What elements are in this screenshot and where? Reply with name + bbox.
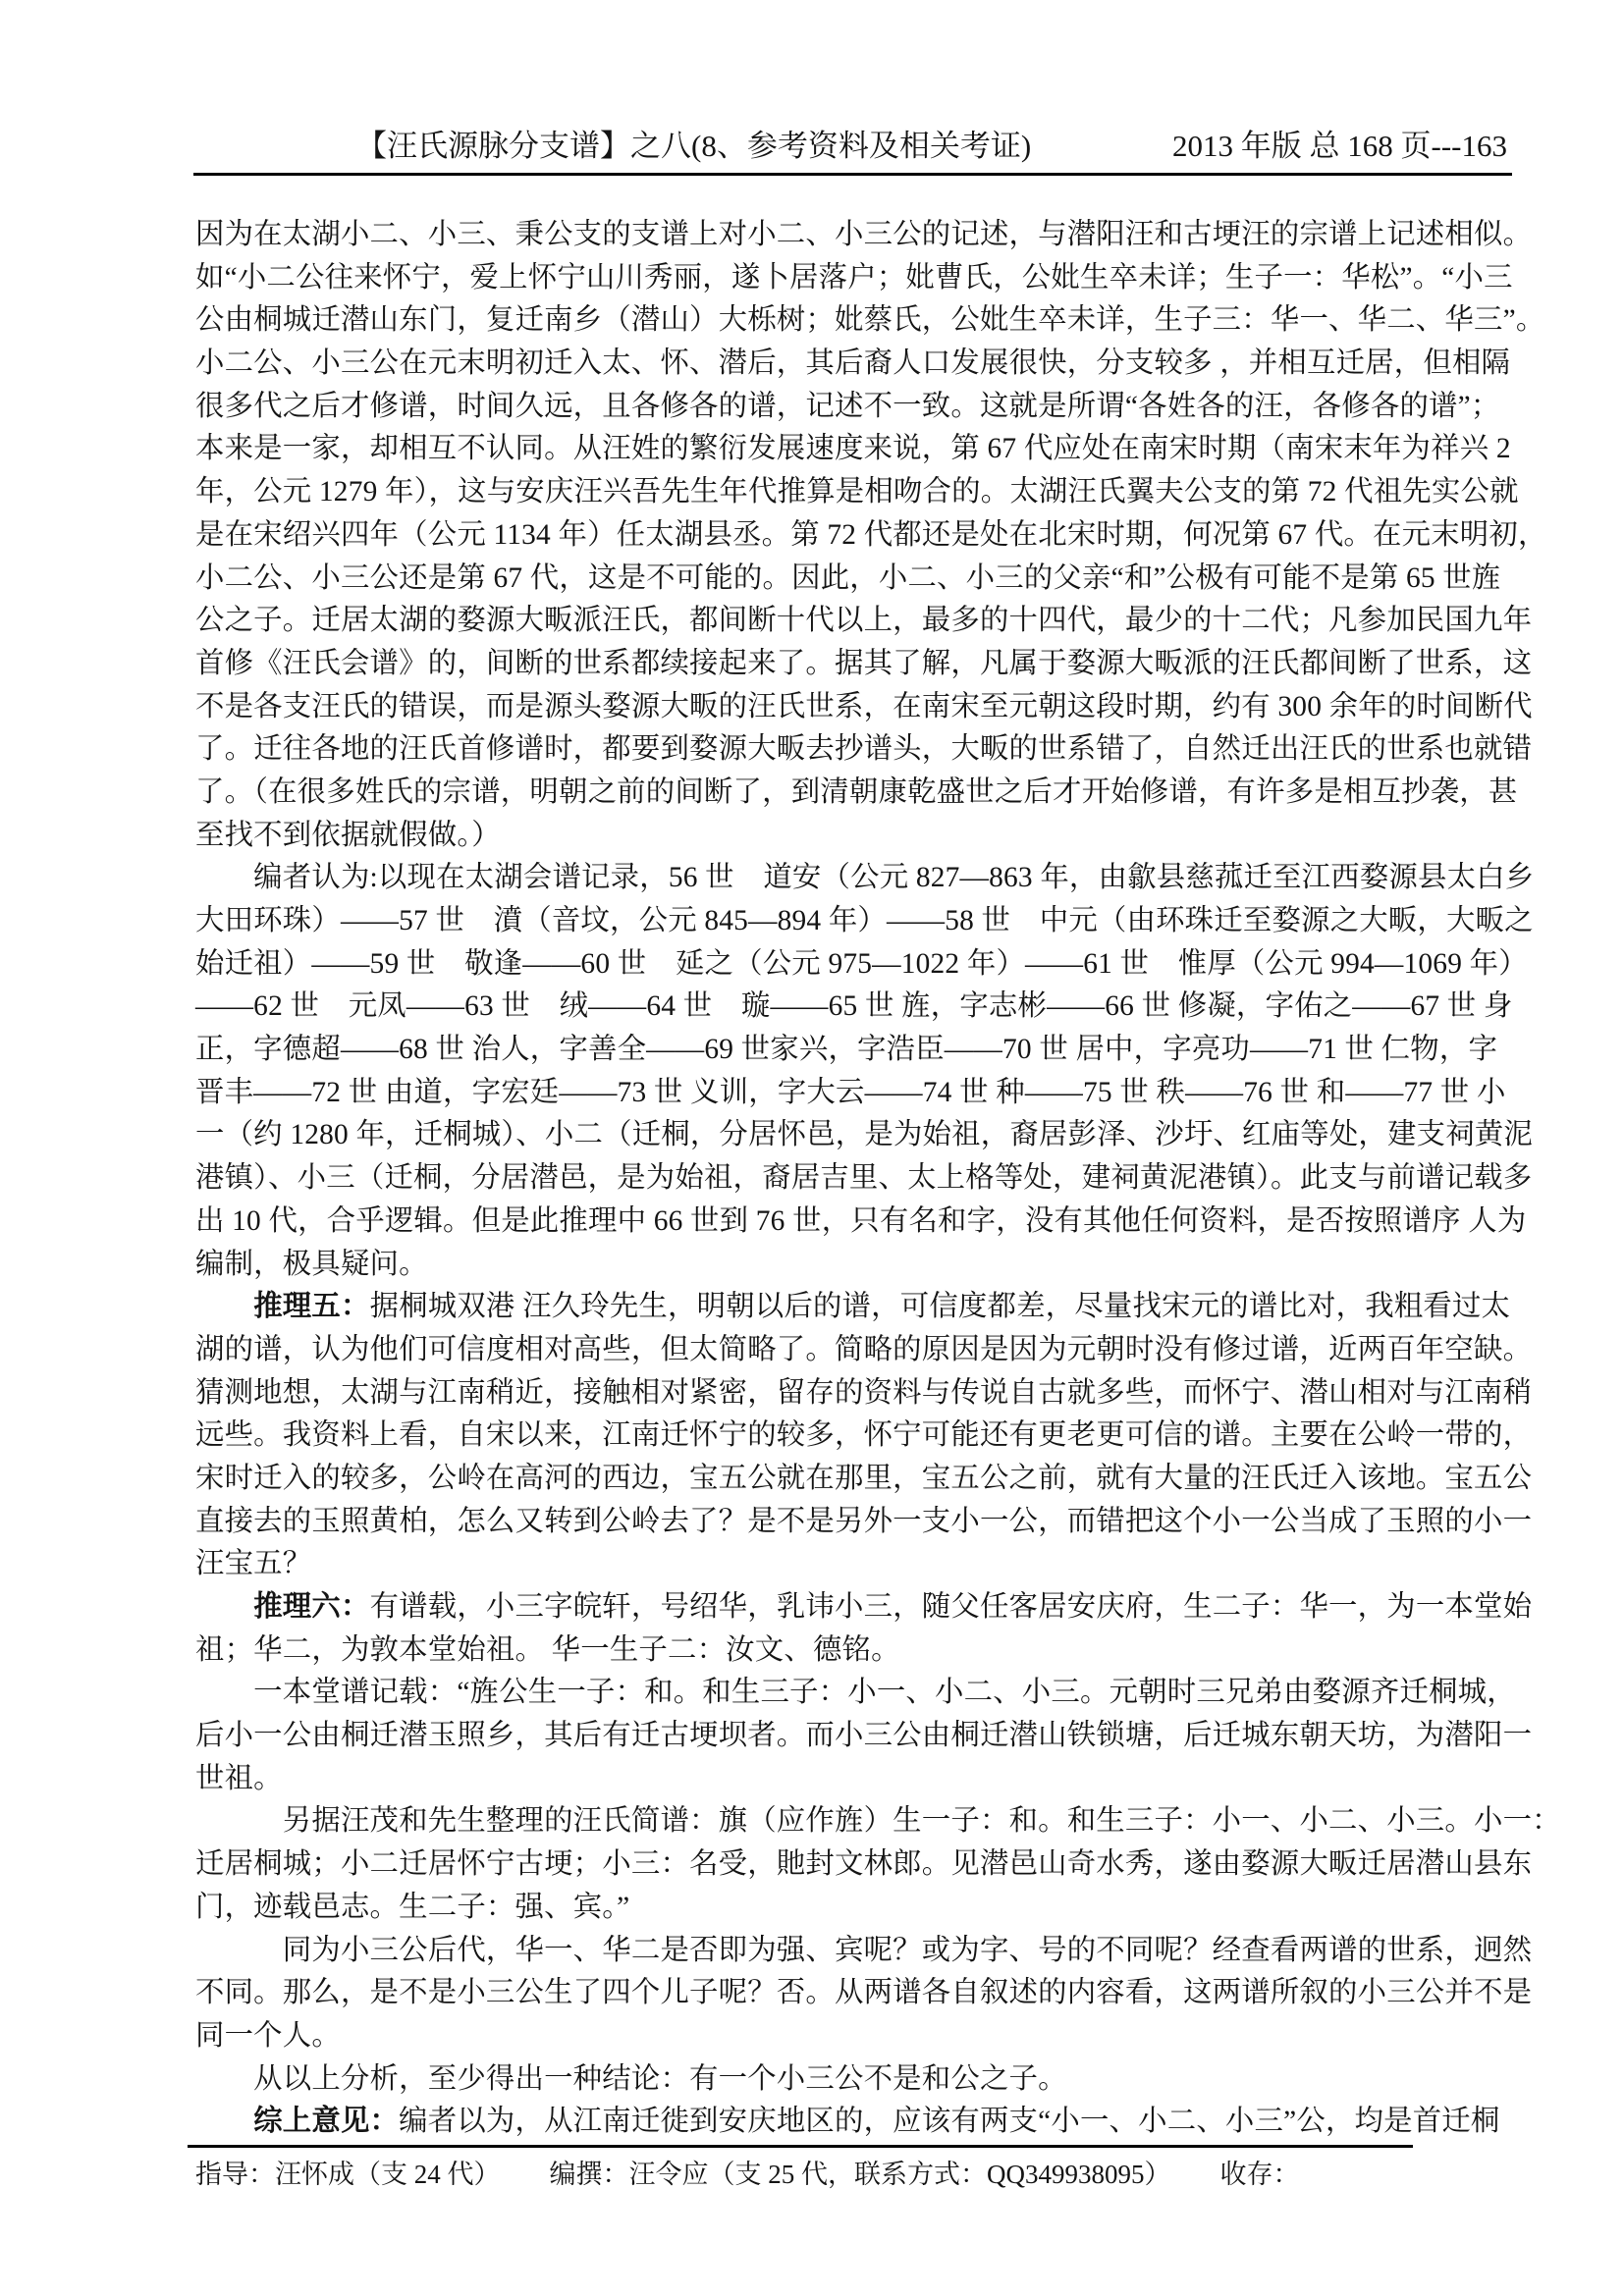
text-line: ——62 世 元凤——63 世 绒——64 世 璇——65 世 旌，字志彬——6… — [195, 986, 1560, 1029]
text-line: 晋丰——72 世 由道，字宏廷——73 世 义训，字大云——74 世 种——75… — [195, 1072, 1560, 1115]
text-line: 远些。我资料上看，自宋以来，江南迁怀宁的较多，怀宁可能还有更老更可信的谱。主要在… — [195, 1415, 1560, 1458]
text-line: 不是各支汪氏的错误，而是源头婺源大畈的汪氏世系，在南宋至元朝这段时期，约有 30… — [195, 686, 1560, 729]
text-line: 后小一公由桐迁潜玉照乡，其后有迁古埂坝者。而小三公由桐迁潜山铁锁塘，后迁城东朝天… — [195, 1715, 1560, 1758]
text-line: 宋时迁入的较多，公岭在高河的西边，宝五公就在那里，宝五公之前，就有大量的汪氏迁入… — [195, 1458, 1560, 1501]
text-line: 公之子。迁居太湖的婺源大畈派汪氏，都间断十代以上，最多的十四代，最少的十二代；凡… — [195, 600, 1560, 643]
text-line: 编者认为:以现在太湖会谱记录，56 世 道安（公元 827—863 年，由歙县慈… — [195, 857, 1560, 900]
text-line: 另据汪茂和先生整理的汪氏简谱：旗（应作旌）生一子：和。和生三子：小一、小二、小三… — [195, 1800, 1560, 1843]
text-line: 小二公、小三公在元末明初迁入太、怀、潜后，其后裔人口发展很快，分支较多 ，并相互… — [195, 343, 1560, 386]
text-line-bold-lead: 推理六： — [253, 1591, 369, 1623]
body-text: 因为在太湖小二、小三、秉公支的支谱上对小二、小三公的记述，与潜阳汪和古埂汪的宗谱… — [195, 214, 1560, 2144]
text-line: 猜测地想，太湖与江南稍近，接触相对紧密，留存的资料与传说自古就多些，而怀宁、潜山… — [195, 1372, 1560, 1415]
footer-divider-rule — [188, 2145, 1413, 2148]
text-line: 大田环珠）——57 世 濆（音坟，公元 845—894 年）——58 世 中元（… — [195, 900, 1560, 943]
text-line-bold-lead: 推理五： — [253, 1291, 369, 1322]
text-line: 了。（在很多姓氏的宗谱，明朝之前的间断了，到清朝康乾盛世之后才开始修谱，有许多是… — [195, 772, 1560, 815]
text-line: 不同。那么，是不是小三公生了四个儿子呢？否。从两谱各自叙述的内容看，这两谱所叙的… — [195, 1972, 1560, 2015]
text-line: 是在宋绍兴四年（公元 1134 年）任太湖县丞。第 72 代都还是处在北宋时期，… — [195, 514, 1560, 558]
text-line-bold-lead: 综上意见： — [253, 2106, 399, 2137]
document-footer: 指导：汪怀成（支 24 代）编撰：汪令应（支 25 代，联系方式：QQ34993… — [195, 2158, 1349, 2191]
text-line: 港镇）、小三（迁桐，分居潜邑，是为始祖，裔居吉里、太上格等处，建祠黄泥港镇）。此… — [195, 1157, 1560, 1201]
text-line: 综上意见：编者以为，从江南迁徙到安庆地区的，应该有两支“小一、小二、小三”公，均… — [195, 2101, 1560, 2144]
footer-item: 编撰：汪令应（支 25 代，联系方式：QQ349938095） — [550, 2160, 1171, 2189]
header-divider-rule — [193, 173, 1512, 176]
text-line: 湖的谱，认为他们可信度相对高些，但太简略了。简略的原因是因为元朝时没有修过谱，近… — [195, 1329, 1560, 1372]
text-line: 编制，极具疑问。 — [195, 1244, 1560, 1287]
text-line: 小二公、小三公还是第 67 代，这是不可能的。因此，小二、小三的父亲“和”公极有… — [195, 558, 1560, 601]
text-line: 正，字德超——68 世 治人，字善全——69 世家兴，字浩臣——70 世 居中，… — [195, 1029, 1560, 1072]
text-line: 门，迹载邑志。生二子：强、宾。” — [195, 1887, 1560, 1930]
text-line: 了。迁往各地的汪氏首修谱时，都要到婺源大畈去抄谱头，大畈的世系错了，自然迁出汪氏… — [195, 728, 1560, 772]
text-line: 汪宝五？ — [195, 1543, 1560, 1586]
document-header-title: 【汪氏源脉分支谱】之八(8、参考资料及相关考证) — [356, 127, 1031, 166]
footer-item: 指导：汪怀成（支 24 代） — [195, 2160, 501, 2189]
text-line: 本来是一家，却相互不认同。从汪姓的繁衍发展速度来说，第 67 代应处在南宋时期（… — [195, 428, 1560, 471]
footer-item: 收存： — [1220, 2160, 1300, 2189]
text-line: 首修《汪氏会谱》的，间断的世系都续接起来了。据其了解，凡属于婺源大畈派的汪氏都间… — [195, 643, 1560, 686]
text-line: 直接去的玉照黄柏，怎么又转到公岭去了？是不是另外一支小一公，而错把这个小一公当成… — [195, 1501, 1560, 1544]
text-line: 推理五：据桐城双港 汪久玲先生，明朝以后的谱，可信度都差，尽量找宋元的谱比对，我… — [195, 1286, 1560, 1329]
text-line: 同一个人。 — [195, 2015, 1560, 2058]
text-line: 至找不到依据就假做。） — [195, 815, 1560, 858]
text-line: 如“小二公往来怀宁，爱上怀宁山川秀丽，遂卜居落户；妣曹氏，公妣生卒未详；生子一：… — [195, 257, 1560, 300]
text-line: 公由桐城迁潜山东门，复迁南乡（潜山）大栎树；妣蔡氏，公妣生卒未详，生子三：华一、… — [195, 299, 1560, 343]
text-line: 同为小三公后代，华一、华二是否即为强、宾呢？或为字、号的不同呢？经查看两谱的世系… — [195, 1930, 1560, 1973]
text-line: 一（约 1280 年，迁桐城）、小二（迁桐，分居怀邑，是为始祖，裔居彭泽、沙圩、… — [195, 1114, 1560, 1157]
text-line: 很多代之后才修谱，时间久远，且各修各的谱，记述不一致。这就是所谓“各姓各的汪，各… — [195, 386, 1560, 429]
text-line: 一本堂谱记载：“旌公生一子：和。和生三子：小一、小二、小三。元朝时三兄弟由婺源齐… — [195, 1672, 1560, 1715]
text-line: 祖；华二，为敦本堂始祖。 华一生子二：汝文、德铭。 — [195, 1629, 1560, 1673]
text-line: 从以上分析，至少得出一种结论：有一个小三公不是和公之子。 — [195, 2058, 1560, 2102]
text-line: 迁居桐城；小二迁居怀宁古埂；小三：名受，貤封文林郎。见潜邑山奇水秀，遂由婺源大畈… — [195, 1843, 1560, 1887]
text-line: 推理六：有谱载，小三字皖轩，号绍华，乳讳小三，随父任客居安庆府，生二子：华一，为… — [195, 1586, 1560, 1629]
text-line: 世祖。 — [195, 1758, 1560, 1801]
text-line: 始迁祖）——59 世 敬逢——60 世 延之（公元 975—1022 年）——6… — [195, 943, 1560, 987]
text-line: 因为在太湖小二、小三、秉公支的支谱上对小二、小三公的记述，与潜阳汪和古埂汪的宗谱… — [195, 214, 1560, 257]
document-header-page-number: 2013 年版 总 168 页---163 — [1172, 127, 1507, 166]
text-line: 年，公元 1279 年），这与安庆汪兴吾先生年代推算是相吻合的。太湖汪氏翼夫公支… — [195, 471, 1560, 514]
document-page: 【汪氏源脉分支谱】之八(8、参考资料及相关考证) 2013 年版 总 168 页… — [0, 0, 1624, 2296]
text-line: 出 10 代，合乎逻辑。但是此推理中 66 世到 76 世，只有名和字，没有其他… — [195, 1201, 1560, 1244]
